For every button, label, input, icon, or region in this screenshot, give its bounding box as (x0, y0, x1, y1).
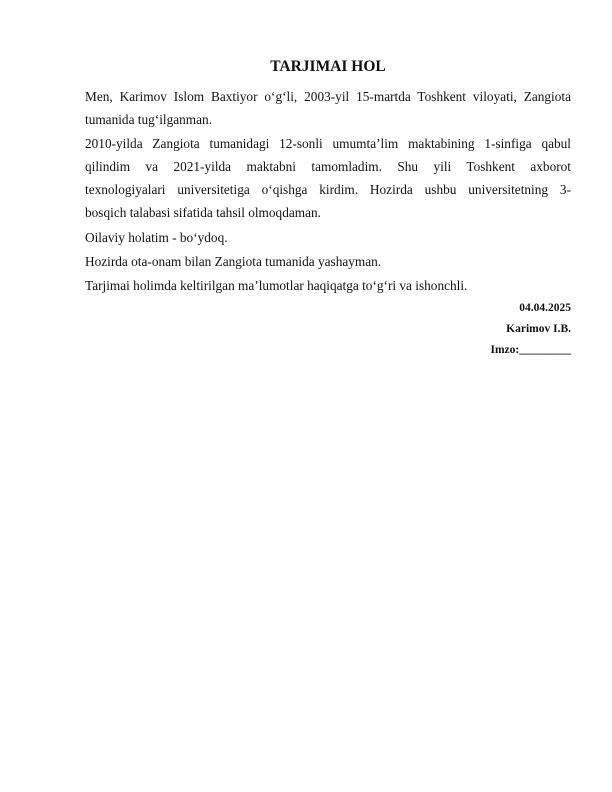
document-title: TARJIMAI HOL (85, 58, 571, 76)
paragraph-education: 2010-yilda Zangiota tumanidagi 12-sonli … (85, 132, 571, 224)
signer-name: Karimov I.B. (85, 323, 571, 335)
text-line: tumanida tug‘ilganman. (85, 108, 571, 131)
paragraph-declaration: Tarjimai holimda keltirilgan ma’lumotlar… (85, 274, 571, 297)
text-line: qilindim va 2021-yilda maktabni tamomlad… (85, 155, 571, 178)
document-date: 04.04.2025 (85, 302, 571, 314)
text-line: texnologiyalari universitetiga o‘qishga … (85, 178, 571, 201)
text-line: bosqich talabasi sifatida tahsil olmoqda… (85, 201, 571, 224)
text-line: 2010-yilda Zangiota tumanidagi 12-sonli … (85, 132, 571, 155)
paragraph-marital-status: Oilaviy holatim - bo‘ydoq. (85, 226, 571, 249)
paragraph-residence: Hozirda ota-onam bilan Zangiota tumanida… (85, 250, 571, 273)
text-line: Hozirda ota-onam bilan Zangiota tumanida… (85, 250, 571, 273)
text-line: Tarjimai holimda keltirilgan ma’lumotlar… (85, 274, 571, 297)
text-line: Men, Karimov Islom Baxtiyor o‘g‘li, 2003… (85, 85, 571, 108)
paragraph-birth: Men, Karimov Islom Baxtiyor o‘g‘li, 2003… (85, 85, 571, 131)
text-line: Oilaviy holatim - bo‘ydoq. (85, 226, 571, 249)
signature-line: Imzo:_________ (85, 344, 571, 356)
